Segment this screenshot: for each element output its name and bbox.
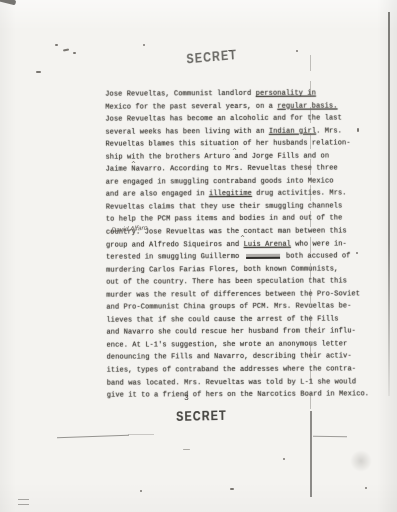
text-segment: murdering Carlos Farias Flores, both kno… <box>106 265 338 274</box>
text-segment: and are also engaged in <box>106 191 209 200</box>
scan-artifact-speck <box>357 128 359 132</box>
text-segment: denouncing the Fills and Navarro, descri… <box>107 353 352 362</box>
scan-artifact-speck <box>36 71 41 73</box>
scan-artifact-equals-mark <box>18 499 29 505</box>
text-segment: ship with the brothers Arturo and Jorge … <box>106 152 330 161</box>
scan-artifact-speck <box>365 487 367 489</box>
text-segment: regular basis. <box>277 102 337 110</box>
scan-artifact-edge-line-right <box>388 12 390 396</box>
scanned-document-page: SECRET Jose Revueltas, Communist landlor… <box>0 0 397 512</box>
scan-artifact-speck <box>140 490 142 492</box>
text-line: ities, types of contraband the addresses… <box>107 363 373 377</box>
text-segment: illegitime <box>209 190 252 198</box>
text-line: Revueltas blames this situation of her h… <box>105 137 371 151</box>
scan-artifact-speck <box>230 488 234 490</box>
text-segment: personality in <box>256 90 316 98</box>
scan-artifact-speck <box>73 52 76 54</box>
classification-stamp-bottom: SECRET <box>176 407 227 424</box>
text-segment: who were in- <box>291 240 347 248</box>
text-segment: Mexico for the past several years, on a <box>105 102 277 111</box>
text-line: terested in smuggling Guillermo both acc… <box>106 250 372 264</box>
scan-artifact-speck <box>55 44 58 46</box>
text-segment: Jose Revueltas has become an alcoholic a… <box>105 115 342 124</box>
text-segment: Jose Revueltas, Communist landlord <box>105 90 256 99</box>
scan-artifact-corner-mark <box>0 0 16 5</box>
text-segment: several weeks has been living with an <box>105 127 268 136</box>
text-segment: band was located. Mrs. Revueltas was tol… <box>107 378 356 387</box>
text-line: Jose Revueltas has become an alcoholic a… <box>105 112 371 126</box>
document-body-text: Jose Revueltas, Communist landlord perso… <box>105 87 373 402</box>
text-line: Jaime Navarro. According to Mrs. Revuelt… <box>106 163 372 177</box>
scan-artifact-hline-right <box>313 436 347 438</box>
scan-artifact-speck <box>63 48 69 51</box>
text-segment: terested in smuggling Guillermo <box>106 253 244 262</box>
scan-artifact-speck <box>296 50 298 52</box>
scan-artifact-speck <box>283 458 285 460</box>
text-segment: drug activities. Mrs. <box>252 190 347 198</box>
text-segment: and Pro-Communist China groups of PCM. M… <box>106 303 351 312</box>
page-number: 3 <box>184 394 189 403</box>
text-segment: give it to a friend of hers on the Narco… <box>107 390 369 399</box>
text-segment: and Navarro she could rescue her husband… <box>106 328 355 337</box>
text-segment: Revueltas claims that they use their smu… <box>106 202 343 211</box>
text-segment: Luis Arenal <box>244 240 291 248</box>
text-segment: ence. At L-1's suggestion, she wrote an … <box>107 340 348 349</box>
text-segment: lieves that if she could cause the arres… <box>106 315 338 324</box>
handwritten-caret-3: ^ <box>240 235 245 242</box>
scan-artifact-smudge <box>350 450 372 472</box>
text-line: out of the country. There has been specu… <box>106 276 372 290</box>
scan-artifact-fold-line-center-dark <box>310 411 312 497</box>
text-segment: to help the PCM pass items and bodies in… <box>106 215 343 224</box>
text-segment: ities, types of contraband the addresses… <box>107 365 356 374</box>
text-segment: . Mrs. <box>316 127 342 135</box>
text-segment: Jaime Navarro. According to Mrs. Revuelt… <box>106 165 338 174</box>
scan-artifact-hline-left <box>57 435 129 439</box>
scan-artifact-speck <box>228 50 232 51</box>
handwritten-caret-2: ^ <box>131 161 136 168</box>
text-line: and Pro-Communist China groups of PCM. M… <box>106 301 372 315</box>
handwritten-caret-1: ^ <box>232 148 237 155</box>
redacted-blank <box>246 251 280 259</box>
text-segment: group and Alfredo Siqueiros and <box>106 241 244 250</box>
text-segment: Revueltas blames this situation of her h… <box>105 140 350 149</box>
text-segment: both accused of <box>282 253 351 261</box>
text-segment: murder was the result of differences bet… <box>106 290 360 299</box>
scan-artifact-fold-line-center <box>310 55 311 411</box>
text-segment: are engaged in smuggling contraband good… <box>106 177 334 186</box>
scan-artifact-speck <box>356 252 358 254</box>
text-line: give it to a friend of hers on the Narco… <box>107 388 373 402</box>
scan-artifact-speck <box>183 449 190 450</box>
scan-artifact-speck <box>143 44 145 46</box>
scan-artifact-hline-left-faint <box>128 434 154 435</box>
